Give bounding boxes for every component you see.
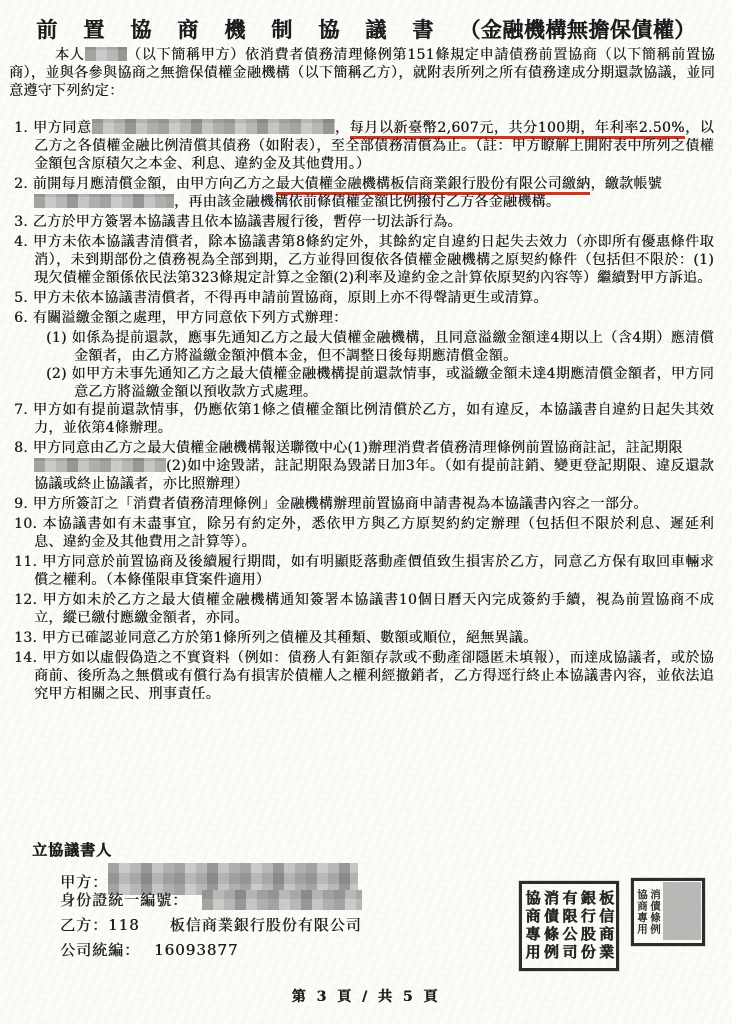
sub-item-text: 如甲方未事先通知乙方之最大債權金融機構提前還款情事，或溢繳金額未達4期應清償金額… — [72, 366, 714, 400]
item-number: 6. — [14, 310, 33, 326]
item-number: 10. — [14, 516, 43, 532]
agreement-item: 9. 甲方所簽訂之「消費者債務清理條例」金融機構辦理前置協商申請書視為本協議書內… — [14, 495, 714, 513]
agreement-item: 8. 甲方同意由乙方之最大債權金融機構報送聯徵中心(1)辦理消費者債務清理條例前… — [14, 439, 714, 493]
item-text: 甲方已確認並同意乙方於第1條所列之債權及其種類、數額或順位，絕無異議。 — [42, 630, 537, 646]
id-number-redaction — [202, 890, 362, 910]
item-number: 12. — [14, 592, 42, 608]
agreement-item: 2. 前開每月應清償金額，由甲方向乙方之最大債權金融機構板信商業銀行股份有限公司… — [14, 175, 714, 211]
item-text: 甲方同意 — [33, 120, 92, 136]
bank-seal-small-redaction — [663, 882, 701, 940]
id-number-label: 身份證統一編號： — [60, 891, 188, 909]
document-title-subtitle: （金融機構無擔保債權） — [459, 17, 696, 42]
redaction-mosaic — [34, 194, 174, 208]
item-number: 14. — [14, 650, 42, 666]
agreement-item: 6. 有關溢繳金額之處理，甲方同意依下列方式辦理： — [14, 309, 714, 327]
item-text: 甲方如有提前還款情事，仍應依第1條之債權金額比例清償於乙方，如有違反，本協議書自… — [33, 402, 714, 436]
item-number: 11. — [14, 554, 42, 570]
agreement-item: 12. 甲方如未於乙方之最大債權金融機構通知簽署本協議書10個日曆天內完成簽約手… — [14, 591, 714, 627]
item-text: 前開每月應清償金額，由甲方向乙方之 — [33, 176, 276, 192]
signature-section: 立協議書人 甲方： 身份證統一編號： 乙方：118板信商業銀行股份有限公司 公司… — [32, 838, 362, 963]
item-number: 13. — [14, 630, 42, 646]
company-id-value: 16093877 — [154, 941, 238, 959]
agreement-item: 13. 甲方已確認並同意乙方於第1條所列之債權及其種類、數額或順位，絕無異議。 — [14, 629, 714, 647]
red-underlined-text: 每月以新臺幣2,607元，共分100期，年利率2.50% — [350, 120, 685, 139]
item-text: ， — [335, 120, 350, 136]
item-text: ，再由該金融機構依前條債權金額比例撥付乙方各金融機構。 — [174, 194, 560, 210]
agreement-item: 10. 本協議書如有未盡事宜，除另有約定外，悉依甲方與乙方原契約約定辦理（包括但… — [14, 515, 714, 551]
item-number: 7. — [14, 402, 33, 418]
agreement-clauses: 1. 甲方同意，每月以新臺幣2,607元，共分100期，年利率2.50%，以乙方… — [14, 119, 714, 705]
party-b-name: 板信商業銀行股份有限公司 — [170, 916, 362, 934]
item-number: 2. — [14, 176, 33, 192]
party-b-line: 乙方：118板信商業銀行股份有限公司 — [32, 913, 362, 938]
applicant-name-redaction — [85, 47, 127, 61]
item-number: 3. — [14, 214, 33, 230]
company-id-line: 公司統編：16093877 — [32, 938, 362, 963]
bank-seal-large: 板信商業 銀行股份 有限公司 消債條例 協商專用 — [519, 881, 619, 971]
item-number: 4. — [14, 234, 33, 250]
document-title-main: 前置協商機制協議書 — [36, 17, 459, 42]
item-text: 甲方同意由乙方之最大債權金融機構報送聯徵中心(1)辦理消費者債務清理條例前置協商… — [33, 440, 683, 456]
item-number: 5. — [14, 290, 33, 306]
item-text: 有關溢繳金額之處理，甲方同意依下列方式辦理： — [33, 310, 348, 326]
item-number: 1. — [14, 120, 33, 136]
item-text: 甲方如以虛假偽造之不實資料（例如：債務人有鉅額存款或不動產卻隱匿未填報），而達成… — [34, 650, 714, 702]
party-a-line: 甲方： — [32, 863, 362, 888]
item-text: 本協議書如有未盡事宜，除另有約定外，悉依甲方與乙方原契約約定辦理（包括但不限於利… — [34, 516, 714, 550]
item-text: 甲方所簽訂之「消費者債務清理條例」金融機構辦理前置協商申請書視為本協議書內容之一… — [33, 496, 648, 512]
intro-paragraph: 本人（以下簡稱甲方）依消費者債務清理條例第151條規定申請債務前置協商（以下簡稱… — [9, 46, 715, 100]
item-text: 甲方未依本協議書清償者，不得再申請前置協商，原則上亦不得聲請更生或清算。 — [33, 290, 548, 306]
item-text: 甲方如未於乙方之最大債權金融機構通知簽署本協議書10個日曆天內完成簽約手續，視為… — [34, 592, 714, 626]
redaction-mosaic — [92, 119, 335, 134]
id-number-line: 身份證統一編號： — [32, 888, 362, 913]
page-number: 第 3 頁 / 共 5 頁 — [0, 986, 732, 1006]
agreement-item: 7. 甲方如有提前還款情事，仍應依第1條之債權金額比例清償於乙方，如有違反，本協… — [14, 401, 714, 437]
sub-item: (2) 如甲方未事先通知乙方之最大債權金融機構提前還款情事，或溢繳金額未達4期應… — [46, 365, 714, 401]
sub-item-number: (1) — [46, 330, 72, 346]
sub-item-text: 如係為提前還款，應事先通知乙方之最大債權金融機構，且同意溢繳金額達4期以上（含4… — [72, 330, 714, 364]
scanned-agreement-page: 前置協商機制協議書（金融機構無擔保債權） 本人（以下簡稱甲方）依消費者債務清理條… — [0, 0, 732, 1024]
bank-seal-small-text: 消債條例 協商專用 — [635, 883, 661, 941]
item-text: 甲方同意於前置協商及後續履行期間，如有明顯貶落動產價值致生損害於乙方，同意乙方保… — [34, 554, 714, 588]
sub-item-number: (2) — [46, 366, 72, 382]
item-number: 8. — [14, 440, 33, 456]
item-text: ，繳款帳號 — [590, 176, 662, 192]
party-b-code: 118 — [108, 916, 140, 934]
redaction-mosaic — [34, 458, 166, 472]
item-text: 甲方未依本協議書清償者，除本協議書第8條約定外，其餘約定自違約日起失去效力（亦即… — [33, 234, 714, 286]
item-number: 9. — [14, 496, 33, 512]
signature-heading: 立協議書人 — [32, 838, 362, 863]
agreement-item: 11. 甲方同意於前置協商及後續履行期間，如有明顯貶落動產價值致生損害於乙方，同… — [14, 553, 714, 589]
document-title: 前置協商機制協議書（金融機構無擔保債權） — [0, 14, 732, 44]
sub-item: (1) 如係為提前還款，應事先通知乙方之最大債權金融機構，且同意溢繳金額達4期以… — [46, 329, 714, 365]
item-text: 乙方於甲方簽署本協議書且依本協議書履行後，暫停一切法訴行為。 — [33, 214, 462, 230]
agreement-item: 14. 甲方如以虛假偽造之不實資料（例如：債務人有鉅額存款或不動產卻隱匿未填報）… — [14, 649, 714, 703]
agreement-item: 3. 乙方於甲方簽署本協議書且依本協議書履行後，暫停一切法訴行為。 — [14, 213, 714, 231]
intro-text-pre: 本人 — [55, 47, 85, 63]
red-underlined-text: 最大債權金融機構板信商業銀行股份有限公司繳納 — [276, 176, 591, 195]
bank-seal-small: 消債條例 協商專用 — [631, 878, 705, 946]
agreement-item: 5. 甲方未依本協議書清償者，不得再申請前置協商，原則上亦不得聲請更生或清算。 — [14, 289, 714, 307]
party-b-label: 乙方： — [60, 916, 108, 934]
bank-seal-large-text: 板信商業 銀行股份 有限公司 消債條例 協商專用 — [523, 885, 615, 967]
company-id-label: 公司統編： — [60, 941, 140, 959]
agreement-item: 4. 甲方未依本協議書清償者，除本協議書第8條約定外，其餘約定自違約日起失去效力… — [14, 233, 714, 287]
agreement-item: 1. 甲方同意，每月以新臺幣2,607元，共分100期，年利率2.50%，以乙方… — [14, 119, 714, 173]
